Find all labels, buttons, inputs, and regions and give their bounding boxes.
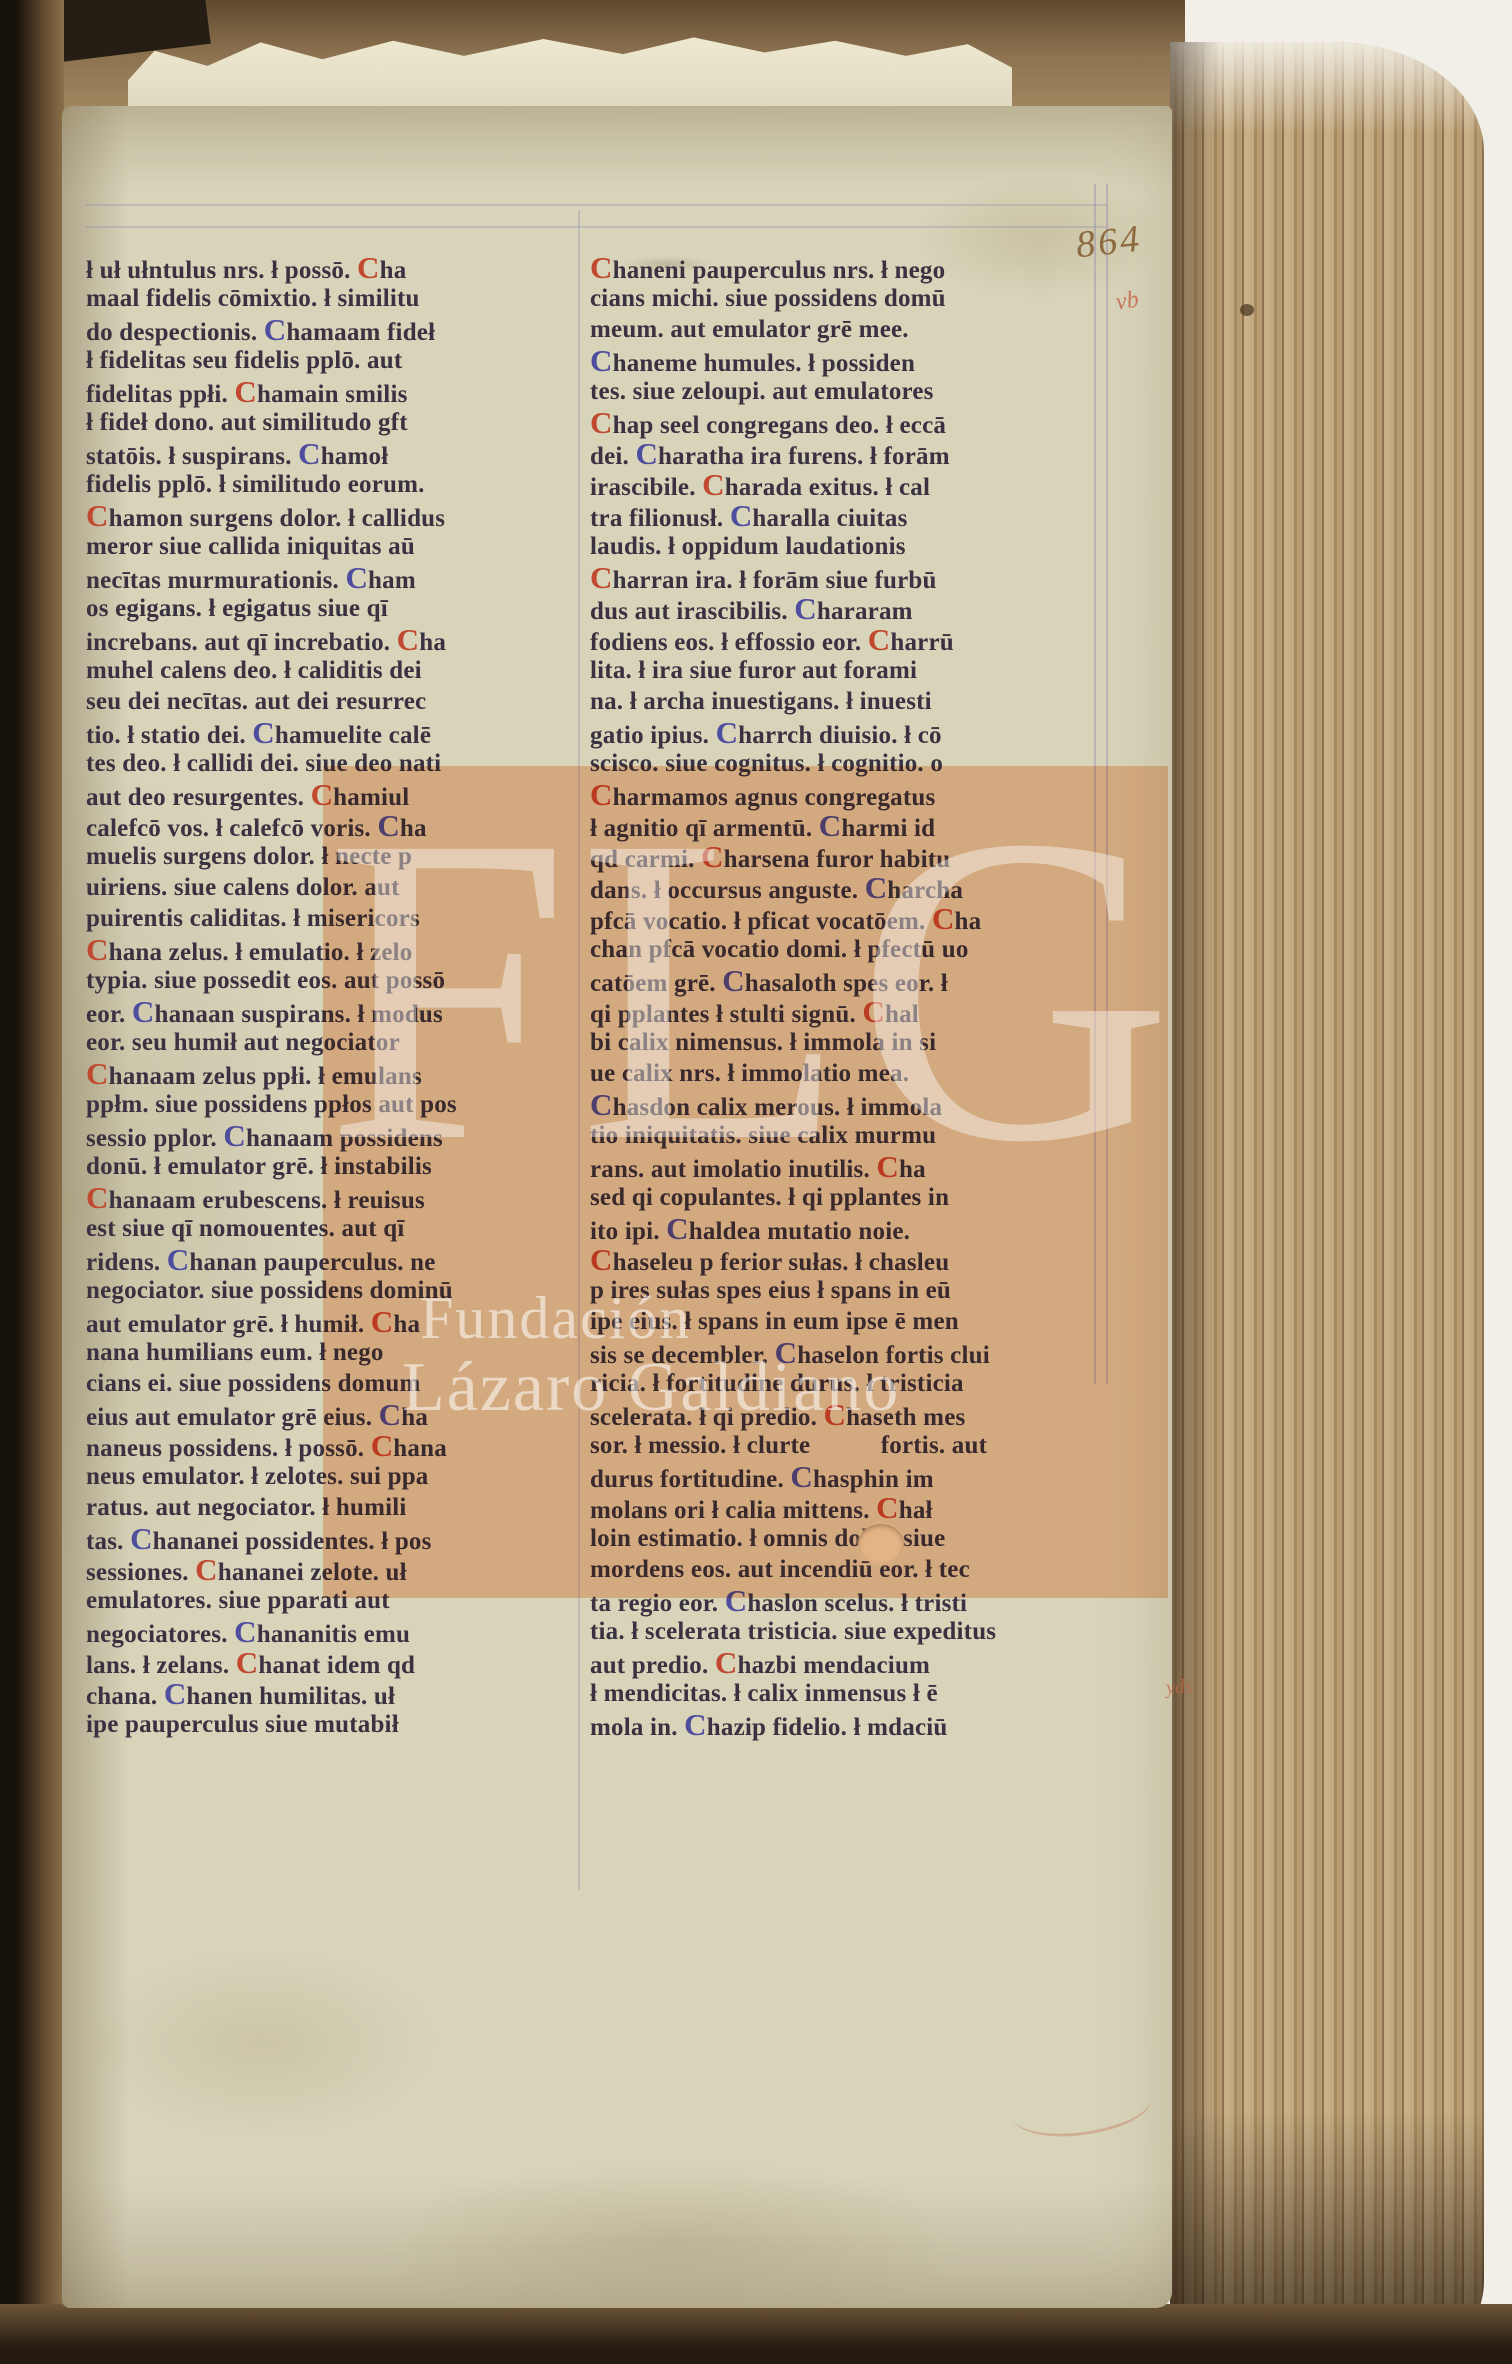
ink-text: ł uł ułntulus nrs. ł possō. <box>86 257 357 284</box>
ink-text: ha <box>955 908 982 935</box>
initial-red: C <box>590 250 613 285</box>
ink-text: hasaloth spes eor. ł <box>745 970 948 997</box>
initial-red: C <box>371 1428 394 1463</box>
ink-text: harmamos agnus congregatus <box>613 784 936 811</box>
ink-text: tio iniquitatis. siue calix murmu <box>590 1122 936 1149</box>
text-line: laudis. ł oppidum laudationis <box>590 531 1090 562</box>
text-line: calefcō vos. ł calefcō voris. Cha <box>86 810 578 841</box>
text-line: ł uł ułntulus nrs. ł possō. Cha <box>86 252 578 283</box>
ink-text: hasdon calix merous. ł immola <box>613 1094 943 1121</box>
ink-text: na. ł archa inuestigans. ł inuesti <box>590 688 932 715</box>
ink-text: ta regio eor. <box>590 1590 725 1617</box>
text-line: ł mendicitas. ł calix inmensus ł ē <box>590 1678 1090 1709</box>
ink-text: fidelis pplō. ł similitudo eorum. <box>86 471 425 498</box>
text-line: qi pplantes ł stulti signū. Chal <box>590 996 1090 1027</box>
ink-text: hasphin im <box>813 1466 934 1493</box>
text-line: Chamon surgens dolor. ł callidus <box>86 500 578 531</box>
text-line: tia. ł scelerata tristicia. siue expedit… <box>590 1616 1090 1647</box>
initial-red: C <box>702 467 725 502</box>
text-line: cians michi. siue possidens domū <box>590 283 1090 314</box>
initial-red: C <box>876 1149 899 1184</box>
initial-red: C <box>701 839 724 874</box>
ink-text: hanan pauperculus. ne <box>189 1249 435 1276</box>
ink-text: tio. ł statio dei. <box>86 722 252 749</box>
text-line: dans. ł occursus anguste. Charcha <box>590 872 1090 903</box>
ink-text: fortis. aut <box>881 1432 987 1459</box>
ink-text: tra filionusł. <box>590 505 730 532</box>
ink-text: harada exitus. ł cal <box>725 474 930 501</box>
text-line: ł agnitio qī armentū. Charmi id <box>590 810 1090 841</box>
ink-text: est siue qī nomouentes. aut qī <box>86 1215 405 1242</box>
ink-text: qi pplantes ł stulti signū. <box>590 1001 862 1028</box>
initial-blue: C <box>722 963 745 998</box>
text-line: meum. aut emulator grē mee. <box>590 314 1090 345</box>
text-line: Chaneme humules. ł possiden <box>590 345 1090 376</box>
ink-text: aut predio. <box>590 1652 715 1679</box>
text-line: naneus possidens. ł possō. Chana <box>86 1430 578 1461</box>
ink-text: haratha ira furens. ł forām <box>658 443 950 470</box>
text-line: negociator. siue possidens dominū <box>86 1275 578 1306</box>
ink-text: calefcō vos. ł calefcō voris. <box>86 815 377 842</box>
initial-red: C <box>195 1552 218 1587</box>
initial-blue: C <box>775 1335 798 1370</box>
ink-text: ha <box>419 629 446 656</box>
initial-blue: C <box>345 560 368 595</box>
text-line: ł fideł dono. aut similitudo gft <box>86 407 578 438</box>
ink-text: sed qi copulantes. ł qi pplantes in <box>590 1184 949 1211</box>
text-line: ipe pauperculus siue mutabił <box>86 1709 578 1740</box>
text-line: Chanaam erubescens. ł reuisus <box>86 1182 578 1213</box>
ink-text: hananitis emu <box>257 1621 410 1648</box>
text-line: cians ei. siue possidens domum <box>86 1368 578 1399</box>
text-line: catōem grē. Chasaloth spes eor. ł <box>590 965 1090 996</box>
text-line: uiriens. siue calens dolor. aut <box>86 872 578 903</box>
ink-text: do despectionis. <box>86 319 264 346</box>
text-line: mordens eos. aut incendiū eor. ł tec <box>590 1554 1090 1585</box>
text-line: Chaseleu p ferior sułas. ł chasleu <box>590 1244 1090 1275</box>
ink-text: hanaan suspirans. ł modus <box>155 1001 443 1028</box>
ink-text: negociator. siue possidens dominū <box>86 1277 453 1304</box>
ink-text: hap seel congregans deo. ł eccā <box>613 412 946 439</box>
red-marginal-note-top: vb <box>1114 287 1140 317</box>
ink-text: harsena furor habitu <box>724 846 951 873</box>
ink-text: typia. siue possedit eos. aut possō <box>86 967 445 994</box>
initial-red: C <box>590 560 613 595</box>
text-line: sis se decembler. Chaselon fortis clui <box>590 1337 1090 1368</box>
initial-blue: C <box>790 1459 813 1494</box>
initial-blue: C <box>725 1583 748 1618</box>
initial-red: C <box>397 622 420 657</box>
text-line: Chana zelus. ł emulatio. ł zelo <box>86 934 578 965</box>
text-line: muhel calens deo. ł caliditis dei <box>86 655 578 686</box>
text-line: tas. Chananei possidentes. ł pos <box>86 1523 578 1554</box>
text-line: tio. ł statio dei. Chamuelite calē <box>86 717 578 748</box>
text-line: nana humilians eum. ł nego <box>86 1337 578 1368</box>
initial-red: C <box>86 932 109 967</box>
ink-text: ricia. ł fortitudine durus. ł tristicia <box>590 1370 964 1397</box>
ink-text: mola in. <box>590 1714 684 1741</box>
initial-blue: C <box>819 808 842 843</box>
text-line: tra filionusł. Charalla ciuitas <box>590 500 1090 531</box>
ink-text: eius aut emulator grē eius. <box>86 1404 379 1431</box>
initial-blue: C <box>379 1397 402 1432</box>
ink-text: harran ira. ł forām siue furbū <box>613 567 937 594</box>
initial-blue: C <box>234 1614 257 1649</box>
text-line: loin estimatio. ł omnis dolor. siue <box>590 1523 1090 1554</box>
initial-red: C <box>823 1397 846 1432</box>
ink-text: harmi id <box>841 815 935 842</box>
ink-text: hana <box>393 1435 447 1462</box>
ink-text: sor. ł messio. ł clurte <box>590 1432 817 1459</box>
ink-text: dei. <box>590 443 635 470</box>
book-spine-gutter <box>0 0 64 2364</box>
ink-text: tes deo. ł callidi dei. siue deo nati <box>86 750 441 777</box>
text-line: lita. ł ira siue furor aut forami <box>590 655 1090 686</box>
initial-red: C <box>590 405 613 440</box>
ink-text: bi calix nimensus. ł immola in si <box>590 1029 936 1056</box>
ink-text: haseth mes <box>846 1404 965 1431</box>
column-divider-ruling <box>578 210 580 1890</box>
text-line: Charran ira. ł forām siue furbū <box>590 562 1090 593</box>
text-line: ue calix nrs. ł immolatio mea. <box>590 1058 1090 1089</box>
initial-red: C <box>86 498 109 533</box>
initial-blue: C <box>132 994 155 1029</box>
text-line: aut predio. Chazbi mendacium <box>590 1647 1090 1678</box>
ink-text: naneus possidens. ł possō. <box>86 1435 371 1462</box>
initial-blue: C <box>252 715 275 750</box>
ink-text: nana humilians eum. ł nego <box>86 1339 384 1366</box>
ink-text: rans. aut imolatio inutilis. <box>590 1156 876 1183</box>
ink-text: meum. aut emulator grē mee. <box>590 316 909 343</box>
ink-text: fodiens eos. ł effossio eor. <box>590 629 868 656</box>
ink-text: hał <box>899 1497 933 1524</box>
text-line: maal fidelis cōmixtio. ł similitu <box>86 283 578 314</box>
ink-text: ue calix nrs. ł immolatio mea. <box>590 1060 909 1087</box>
ink-text: haralla ciuitas <box>752 505 907 532</box>
text-line: ridens. Chanan pauperculus. ne <box>86 1244 578 1275</box>
ink-text: ridens. <box>86 1249 167 1276</box>
ink-text: tia. ł scelerata tristicia. siue expedit… <box>590 1618 996 1645</box>
text-line: meror siue callida iniquitas aū <box>86 531 578 562</box>
ink-text: uiriens. siue calens dolor. aut <box>86 874 400 901</box>
ink-text: haneni pauperculus nrs. ł nego <box>613 257 946 284</box>
ink-text: haneme humules. ł possiden <box>613 350 916 377</box>
text-line: puirentis caliditas. ł misericors <box>86 903 578 934</box>
parchment-hole <box>858 1524 904 1564</box>
text-line: dei. Charatha ira furens. ł forām <box>590 438 1090 469</box>
ink-text: ha <box>899 1156 926 1183</box>
initial-red: C <box>932 901 955 936</box>
ink-text: sessiones. <box>86 1559 195 1586</box>
text-line: ratus. aut negociator. ł humili <box>86 1492 578 1523</box>
ink-text: harcha <box>887 877 963 904</box>
text-line: fidelitas ppłi. Chamain smilis <box>86 376 578 407</box>
ink-text: hamuelite calē <box>275 722 431 749</box>
initial-red: C <box>876 1490 899 1525</box>
ink-text: eor. seu humił aut negociator <box>86 1029 400 1056</box>
initial-red: C <box>357 250 380 285</box>
ink-text: sis se decembler. <box>590 1342 775 1369</box>
ink-text: negociatores. <box>86 1621 234 1648</box>
ink-text: ł fidelitas seu fidelis pplō. aut <box>86 347 402 374</box>
text-line: gatio ipius. Charrch diuisio. ł cō <box>590 717 1090 748</box>
initial-red: C <box>371 1304 394 1339</box>
text-column-left: ł uł ułntulus nrs. ł possō. Chamaal fide… <box>86 252 578 1740</box>
text-line: scelerata. ł qi predio. Chaseth mes <box>590 1399 1090 1430</box>
ink-text: haselon fortis clui <box>797 1342 990 1369</box>
ink-text: hamaam fideł <box>286 319 435 346</box>
initial-blue: C <box>635 436 658 471</box>
text-line: ricia. ł fortitudine durus. ł tristicia <box>590 1368 1090 1399</box>
ink-text: qd carmi. <box>590 846 701 873</box>
ink-text: harrch diuisio. ł cō <box>738 722 942 749</box>
text-line: necītas murmurationis. Cham <box>86 562 578 593</box>
ink-text: ipe eius. ł spans in eum ipse ē men <box>590 1308 959 1335</box>
ink-text: ł mendicitas. ł calix inmensus ł ē <box>590 1680 938 1707</box>
text-line: ito ipi. Chaldea mutatio noie. <box>590 1213 1090 1244</box>
initial-blue: C <box>298 436 321 471</box>
ink-text: mordens eos. aut incendiū eor. ł tec <box>590 1556 970 1583</box>
initial-red: C <box>868 622 891 657</box>
text-line: mola in. Chazip fidelio. ł mdaciū <box>590 1709 1090 1740</box>
ink-text: lans. ł zelans. <box>86 1652 236 1679</box>
text-line: fidelis pplō. ł similitudo eorum. <box>86 469 578 500</box>
initial-red: C <box>590 1242 613 1277</box>
ink-text: ha <box>393 1311 420 1338</box>
initial-blue: C <box>730 498 753 533</box>
text-line: na. ł archa inuestigans. ł inuesti <box>590 686 1090 717</box>
ink-text: fidelitas ppłi. <box>86 381 234 408</box>
initial-blue: C <box>865 870 888 905</box>
text-line: sessio pplor. Chanaam possidens <box>86 1120 578 1151</box>
initial-red: C <box>234 374 257 409</box>
ink-text: haslon scelus. ł tristi <box>747 1590 967 1617</box>
initial-red: C <box>311 777 334 812</box>
ink-text: laudis. ł oppidum laudationis <box>590 533 906 560</box>
ink-text: hamoł <box>321 443 389 470</box>
ink-text: os egigans. ł egigatus siue qī <box>86 595 388 622</box>
ink-text: hanaam possidens <box>246 1125 443 1152</box>
initial-red: C <box>86 1180 109 1215</box>
ruling-line-horizontal <box>86 204 1106 206</box>
ink-text: ito ipi. <box>590 1218 666 1245</box>
initial-blue: C <box>167 1242 190 1277</box>
ink-text: ha <box>400 815 427 842</box>
ink-text: hamiul <box>333 784 409 811</box>
ink-text: lita. ł ira siue furor aut forami <box>590 657 917 684</box>
ink-text: hanaam zelus ppłi. ł emulans <box>109 1063 422 1090</box>
ink-text: cians ei. siue possidens domum <box>86 1370 421 1397</box>
ink-text: emulatores. siue pparati aut <box>86 1587 390 1614</box>
red-pen-stroke <box>1009 2071 1155 2145</box>
initial-blue: C <box>684 1707 707 1742</box>
ink-text: dus aut irascibilis. <box>590 598 794 625</box>
text-line: dus aut irascibilis. Chararam <box>590 593 1090 624</box>
right-margin-ruling <box>1094 184 1096 1384</box>
ink-text: catōem grē. <box>590 970 722 997</box>
red-marginal-note-right: yds <box>1165 1675 1193 1700</box>
text-line: est siue qī nomouentes. aut qī <box>86 1213 578 1244</box>
text-line: statōis. ł suspirans. Chamoł <box>86 438 578 469</box>
text-line: chana. Chanen humilitas. uł <box>86 1678 578 1709</box>
ink-text: hananei zelote. uł <box>218 1559 407 1586</box>
text-line: seu dei necītas. aut dei resurrec <box>86 686 578 717</box>
ink-text: aut emulator grē. ł humił. <box>86 1311 371 1338</box>
text-line: eius aut emulator grē eius. Cha <box>86 1399 578 1430</box>
ink-text: muelis surgens dolor. ł necte p <box>86 843 412 870</box>
ink-text: seu dei necītas. aut dei resurrec <box>86 688 426 715</box>
ink-text: p ires sułas spes eius ł spans in eū <box>590 1277 951 1304</box>
text-line: Charmamos agnus congregatus <box>590 779 1090 810</box>
ink-text: neus emulator. ł zelotes. sui ppa <box>86 1463 429 1490</box>
text-line: sor. ł messio. ł clurte fortis. aut <box>590 1430 1090 1461</box>
text-line: durus fortitudine. Chasphin im <box>590 1461 1090 1492</box>
text-line: muelis surgens dolor. ł necte p <box>86 841 578 872</box>
initial-red: C <box>86 1056 109 1091</box>
ink-text: cians michi. siue possidens domū <box>590 285 946 312</box>
ink-text: irascibile. <box>590 474 702 501</box>
text-line: os egigans. ł egigatus siue qī <box>86 593 578 624</box>
ink-text: ham <box>368 567 416 594</box>
manuscript-page: 864 vb yds ł uł ułntulus nrs. ł possō. C… <box>62 106 1172 2308</box>
text-line: qd carmi. Charsena furor habitu <box>590 841 1090 872</box>
text-line: tes. siue zeloupi. aut emulatores <box>590 376 1090 407</box>
initial-red: C <box>590 777 613 812</box>
text-line: ł fidelitas seu fidelis pplō. aut <box>86 345 578 376</box>
ink-text: donū. ł emulator grē. ł instabilis <box>86 1153 432 1180</box>
ink-text: tes. siue zeloupi. aut emulatores <box>590 378 934 405</box>
ink-text: hamain smilis <box>257 381 408 408</box>
ink-text: ł fideł dono. aut similitudo gft <box>86 409 408 436</box>
text-line: ppłm. siue possidens ppłos aut pos <box>86 1089 578 1120</box>
ink-text: durus fortitudine. <box>590 1466 790 1493</box>
ink-text: hal <box>885 1001 919 1028</box>
text-line: sed qi copulantes. ł qi pplantes in <box>590 1182 1090 1213</box>
initial-blue: C <box>590 1087 613 1122</box>
text-line: emulatores. siue pparati aut <box>86 1585 578 1616</box>
text-line: do despectionis. Chamaam fideł <box>86 314 578 345</box>
ink-text: molans ori ł calia mittens. <box>590 1497 876 1524</box>
text-line: donū. ł emulator grē. ł instabilis <box>86 1151 578 1182</box>
text-line: typia. siue possedit eos. aut possō <box>86 965 578 996</box>
ink-text: hanen humilitas. uł <box>186 1683 395 1710</box>
ink-text: hamon surgens dolor. ł callidus <box>109 505 446 532</box>
text-line: molans ori ł calia mittens. Chał <box>590 1492 1090 1523</box>
ink-text: chana. <box>86 1683 164 1710</box>
text-line: Chap seel congregans deo. ł eccā <box>590 407 1090 438</box>
text-line: irascibile. Charada exitus. ł cal <box>590 469 1090 500</box>
ink-text: ha <box>380 257 407 284</box>
text-line: bi calix nimensus. ł immola in si <box>590 1027 1090 1058</box>
ink-text: hazbi mendacium <box>737 1652 930 1679</box>
ink-text: chan pfcā vocatio domi. ł pfectū uo <box>590 936 969 963</box>
initial-blue: C <box>666 1211 689 1246</box>
initial-blue: C <box>223 1118 246 1153</box>
text-line: aut deo resurgentes. Chamiul <box>86 779 578 810</box>
ink-text: meror siue callida iniquitas aū <box>86 533 415 560</box>
initial-blue: C <box>794 591 817 626</box>
ink-text: ha <box>401 1404 428 1431</box>
text-line: ipe eius. ł spans in eum ipse ē men <box>590 1306 1090 1337</box>
text-line: tio iniquitatis. siue calix murmu <box>590 1120 1090 1151</box>
book-bottom-edge <box>0 2304 1512 2364</box>
text-line: negociatores. Chananitis emu <box>86 1616 578 1647</box>
initial-blue: C <box>377 808 400 843</box>
initial-red: C <box>862 994 885 1029</box>
ink-text: hanat idem qd <box>258 1652 415 1679</box>
initial-blue: C <box>590 343 613 378</box>
initial-red: C <box>236 1645 259 1680</box>
ink-text: necītas murmurationis. <box>86 567 345 594</box>
text-line: tes deo. ł callidi dei. siue deo nati <box>86 748 578 779</box>
ink-text: pfcā vocatio. ł pficat vocatōem. <box>590 908 932 935</box>
text-line: Chaneni pauperculus nrs. ł nego <box>590 252 1090 283</box>
text-line: lans. ł zelans. Chanat idem qd <box>86 1647 578 1678</box>
ink-text: ppłm. siue possidens ppłos aut pos <box>86 1091 457 1118</box>
text-line: aut emulator grē. ł humił. Cha <box>86 1306 578 1337</box>
text-line: increbans. aut qī increbatio. Cha <box>86 624 578 655</box>
ink-text: statōis. ł suspirans. <box>86 443 298 470</box>
initial-blue: C <box>130 1521 153 1556</box>
ink-text: ratus. aut negociator. ł humili <box>86 1494 407 1521</box>
text-line: neus emulator. ł zelotes. sui ppa <box>86 1461 578 1492</box>
initial-blue: C <box>716 715 739 750</box>
ink-text: aut deo resurgentes. <box>86 784 311 811</box>
ink-text: muhel calens deo. ł caliditis dei <box>86 657 422 684</box>
ink-text: increbans. aut qī increbatio. <box>86 629 397 656</box>
ink-text: ipe pauperculus siue mutabił <box>86 1711 399 1738</box>
ink-text: scelerata. ł qi predio. <box>590 1404 823 1431</box>
initial-blue: C <box>264 312 287 347</box>
right-margin-ruling <box>1106 184 1108 1384</box>
text-column-right: Chaneni pauperculus nrs. ł negocians mic… <box>590 252 1090 1740</box>
ink-text: harrū <box>890 629 954 656</box>
ink-text: puirentis caliditas. ł misericors <box>86 905 420 932</box>
text-line: fodiens eos. ł effossio eor. Charrū <box>590 624 1090 655</box>
ink-text: sessio pplor. <box>86 1125 223 1152</box>
text-line: p ires sułas spes eius ł spans in eū <box>590 1275 1090 1306</box>
ruling-line-horizontal <box>86 226 1106 228</box>
ink-text: hazip fidelio. ł mdaciū <box>707 1714 948 1741</box>
text-line: Chanaam zelus ppłi. ł emulans <box>86 1058 578 1089</box>
text-line: rans. aut imolatio inutilis. Cha <box>590 1151 1090 1182</box>
ink-text: hararam <box>817 598 913 625</box>
ink-text: tas. <box>86 1528 130 1555</box>
ink-text: hanaam erubescens. ł reuisus <box>109 1187 425 1214</box>
ink-text: gatio ipius. <box>590 722 716 749</box>
text-line: scisco. siue cognitus. ł cognitio. o <box>590 748 1090 779</box>
initial-red: C <box>715 1645 738 1680</box>
ink-text: dans. ł occursus anguste. <box>590 877 865 904</box>
text-line: chan pfcā vocatio domi. ł pfectū uo <box>590 934 1090 965</box>
ink-text: haldea mutatio noie. <box>689 1218 910 1245</box>
ink-text: scisco. siue cognitus. ł cognitio. o <box>590 750 943 777</box>
ink-text: hananei possidentes. ł pos <box>153 1528 432 1555</box>
initial-blue: C <box>164 1676 187 1711</box>
ink-text: hana zelus. ł emulatio. ł zelo <box>109 939 413 966</box>
ink-text: eor. <box>86 1001 132 1028</box>
text-line: sessiones. Chananei zelote. uł <box>86 1554 578 1585</box>
text-line: pfcā vocatio. ł pficat vocatōem. Cha <box>590 903 1090 934</box>
text-line: ta regio eor. Chaslon scelus. ł tristi <box>590 1585 1090 1616</box>
page-stack-fore-edge <box>1170 42 1484 2340</box>
ink-text: maal fidelis cōmixtio. ł similitu <box>86 285 420 312</box>
text-line: eor. Chanaan suspirans. ł modus <box>86 996 578 1027</box>
text-line: Chasdon calix merous. ł immola <box>590 1089 1090 1120</box>
ink-text: ł agnitio qī armentū. <box>590 815 819 842</box>
text-line: eor. seu humił aut negociator <box>86 1027 578 1058</box>
ink-text: haseleu p ferior sułas. ł chasleu <box>613 1249 950 1276</box>
